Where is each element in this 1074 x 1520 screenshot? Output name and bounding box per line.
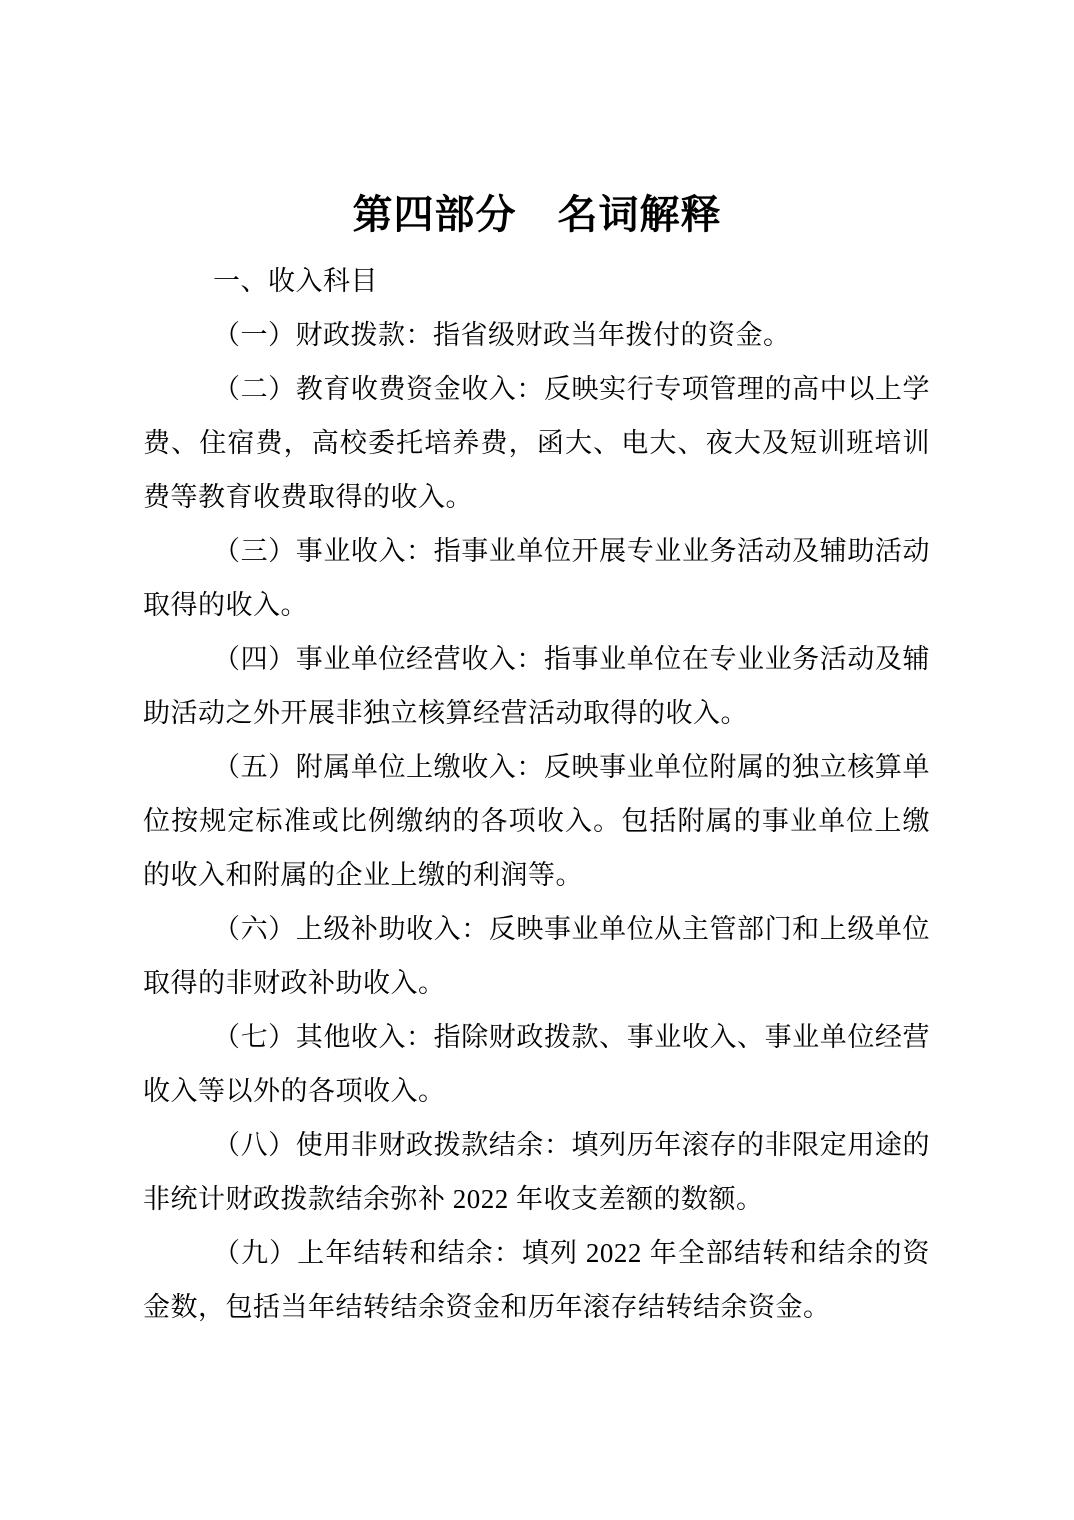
term-definition-superior-subsidy-income: （六）上级补助收入：反映事业单位从主管部门和上级单位取得的非财政补助收入。 bbox=[143, 902, 930, 1010]
document-page: 第四部分 名词解释 一、收入科目 （一）财政拨款：指省级财政当年拨付的资金。 （… bbox=[0, 0, 1074, 1520]
term-definition-education-fee-income: （二）教育收费资金收入：反映实行专项管理的高中以上学费、住宿费，高校委托培养费，… bbox=[143, 362, 930, 524]
term-definition-subsidiary-remittance-income: （五）附属单位上缴收入：反映事业单位附属的独立核算单位按规定标准或比例缴纳的各项… bbox=[143, 740, 930, 902]
page-title: 第四部分 名词解释 bbox=[0, 191, 1074, 239]
section-heading-income-categories: 一、收入科目 bbox=[143, 254, 930, 308]
term-definition-non-fiscal-surplus-usage: （八）使用非财政拨款结余：填列历年滚存的非限定用途的非统计财政拨款结余弥补 20… bbox=[143, 1118, 930, 1226]
term-definition-other-income: （七）其他收入：指除财政拨款、事业收入、事业单位经营收入等以外的各项收入。 bbox=[143, 1010, 930, 1118]
term-definition-business-operation-income: （四）事业单位经营收入：指事业单位在专业业务活动及辅助活动之外开展非独立核算经营… bbox=[143, 632, 930, 740]
term-definition-operating-income: （三）事业收入：指事业单位开展专业业务活动及辅助活动取得的收入。 bbox=[143, 524, 930, 632]
term-definition-prior-year-carryover: （九）上年结转和结余：填列 2022 年全部结转和结余的资金数，包括当年结转结余… bbox=[143, 1226, 930, 1334]
term-definition-fiscal-appropriation: （一）财政拨款：指省级财政当年拨付的资金。 bbox=[143, 308, 930, 362]
document-body: 一、收入科目 （一）财政拨款：指省级财政当年拨付的资金。 （二）教育收费资金收入… bbox=[143, 254, 930, 1334]
